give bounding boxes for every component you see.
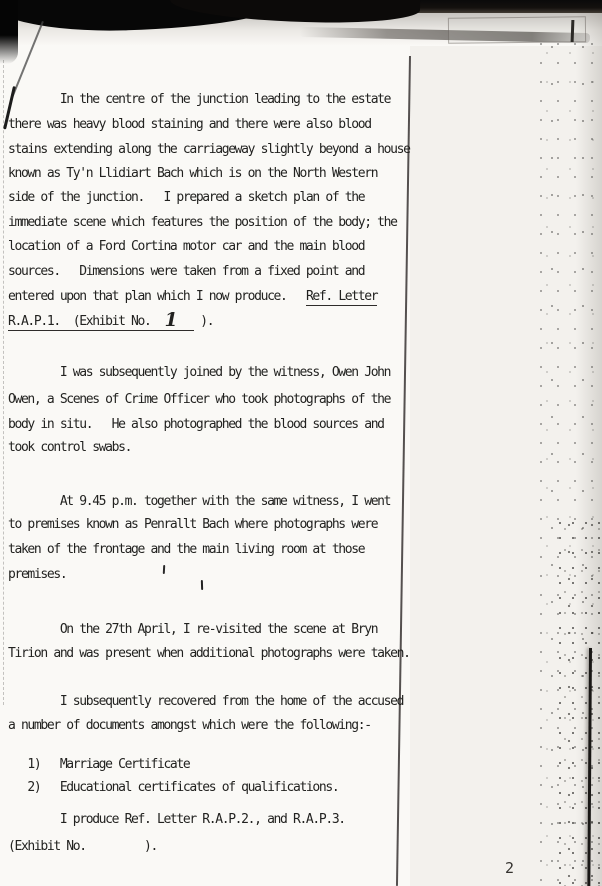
document-page: In the centre of the junction leading to… — [0, 0, 602, 886]
list-item: 2) Educational certificates of qualifica… — [8, 780, 338, 795]
text-line: taken of the frontage and the main livin… — [8, 542, 364, 557]
text-line-ref-letter: entered upon that plan which I now produ… — [8, 289, 377, 304]
statement-text: In the centre of the junction leading to… — [0, 0, 602, 886]
text-line: to premises known as Penrallt Bach where… — [8, 517, 377, 532]
text-line: location of a Ford Cortina motor car and… — [8, 239, 364, 254]
page-number: 2 — [505, 859, 514, 877]
text-line: immediate scene which features the posit… — [8, 215, 397, 230]
text-line: Tirion and was present when additional p… — [8, 646, 410, 661]
text-line: On the 27th April, I re-visited the scen… — [8, 622, 377, 637]
text-line: (Exhibit No. ). — [8, 839, 157, 854]
text-line: premises. — [8, 567, 66, 582]
text-line: a number of documents amongst which were… — [8, 718, 371, 733]
exhibit-ref-text: R.A.P.1. (Exhibit No. — [8, 314, 151, 329]
text-line: I produce Ref. Letter R.A.P.2., and R.A.… — [8, 812, 345, 827]
text-line: I subsequently recovered from the home o… — [8, 694, 403, 709]
text-line: took control swabs. — [8, 440, 131, 455]
exhibit-close-paren: ). — [194, 314, 213, 329]
handwritten-exhibit-number: 1 — [151, 309, 194, 331]
text-line: body in situ. He also photographed the b… — [8, 417, 384, 432]
exhibit-underlined-group: R.A.P.1. (Exhibit No.1 — [8, 314, 194, 331]
text-line: side of the junction. I prepared a sketc… — [8, 190, 364, 205]
ref-line-pre: entered upon that plan which I now produ… — [8, 289, 306, 304]
text-line: At 9.45 p.m. together with the same witn… — [8, 494, 390, 509]
text-line: known as Ty'n Llidiart Bach which is on … — [8, 166, 377, 181]
text-line: Owen, a Scenes of Crime Officer who took… — [8, 392, 390, 407]
text-line: In the centre of the junction leading to… — [8, 92, 390, 107]
text-line: there was heavy blood staining and there… — [8, 117, 371, 132]
list-item: 1) Marriage Certificate — [8, 757, 189, 772]
text-line: sources. Dimensions were taken from a fi… — [8, 264, 364, 279]
ref-letter-underlined: Ref. Letter — [306, 289, 377, 306]
text-line: I was subsequently joined by the witness… — [8, 365, 390, 380]
text-line: stains extending along the carriageway s… — [8, 142, 410, 157]
text-line-exhibit: R.A.P.1. (Exhibit No.1 ). — [8, 312, 213, 329]
